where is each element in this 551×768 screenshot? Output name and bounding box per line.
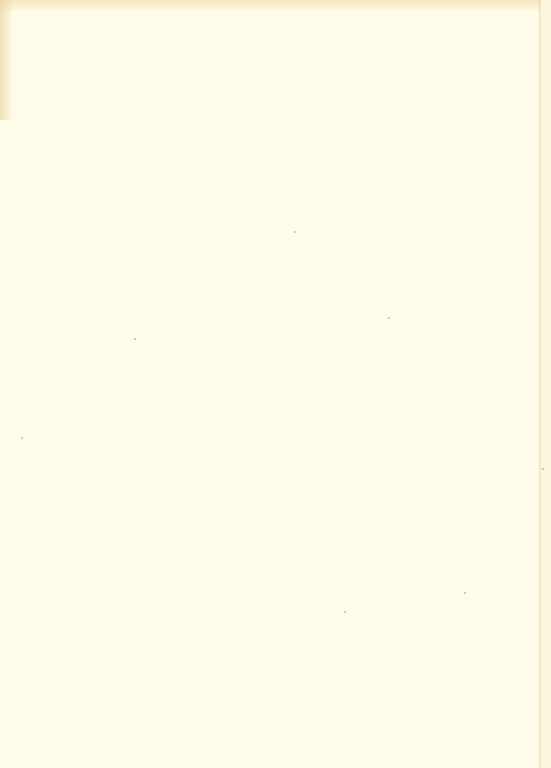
page-right-margin-strip bbox=[541, 0, 551, 768]
paper-speck bbox=[294, 231, 296, 233]
paper-speck bbox=[134, 338, 136, 340]
blank-scanned-page bbox=[0, 0, 551, 768]
paper-speck bbox=[542, 468, 544, 470]
page-edge-discoloration-left bbox=[0, 0, 14, 120]
paper-speck bbox=[388, 317, 390, 319]
page-edge-discoloration-top bbox=[0, 0, 551, 14]
paper-speck bbox=[344, 611, 346, 613]
paper-speck bbox=[21, 437, 23, 439]
paper-speck bbox=[464, 592, 466, 594]
